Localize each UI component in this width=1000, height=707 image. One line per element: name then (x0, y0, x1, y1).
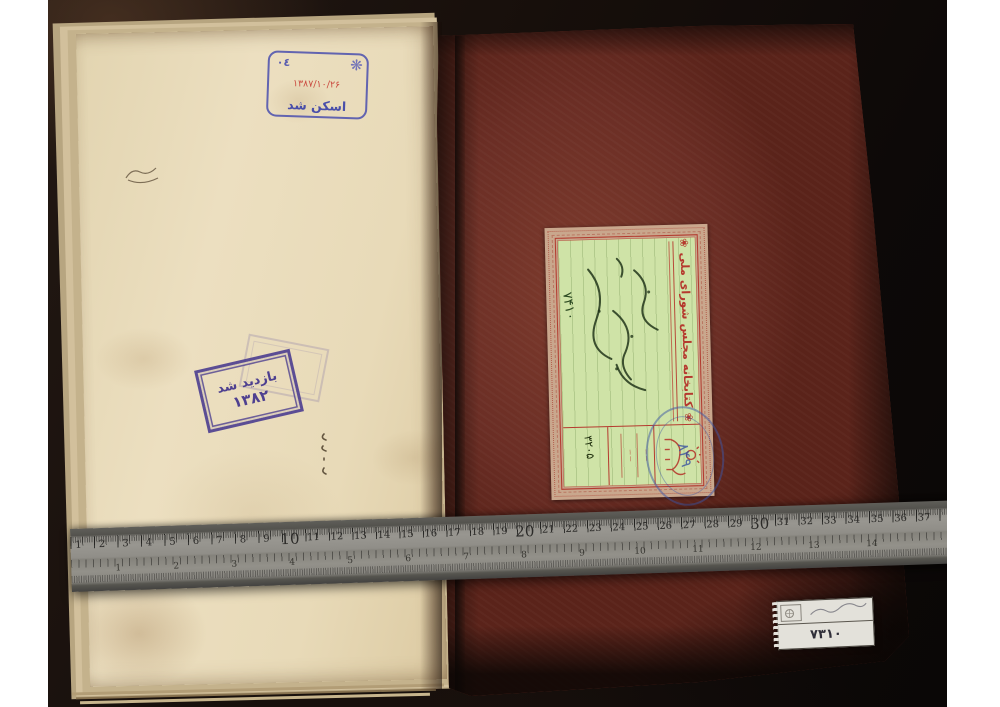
ruler-cm-number: 17 (448, 527, 461, 538)
scan-stamp: ٠٤ ❋ ۱۳۸۷/۱۰/۲۶ اسکن شد (266, 50, 369, 119)
shelf-label-emblem-icon (780, 604, 802, 622)
ruler-cm-number: 26 (659, 521, 672, 532)
ruler-cm-number: 34 (847, 514, 860, 525)
ruler-cm-number: 11 (307, 532, 320, 543)
ruler-inch-number: 10 (634, 546, 646, 556)
ruler-cm-number: 10 (280, 530, 300, 549)
ruler-cm-number: 4 (146, 537, 153, 548)
ruler-cm-number: 18 (471, 527, 484, 538)
ruler-cm-number: 24 (612, 522, 625, 533)
ruler-inch-number: 3 (231, 560, 237, 570)
ruler-cm-number: 14 (377, 530, 390, 541)
oval-library-stamp: ۸۴۹ (639, 401, 730, 511)
ruler-cm-number: 19 (495, 526, 508, 537)
registry-field-line (636, 433, 638, 477)
ruler-inch-number: 14 (866, 539, 878, 549)
scan-stamp-label: اسکن شد (268, 96, 365, 114)
ruler-inch-number: 6 (405, 554, 411, 564)
ruler-cm-number: 8 (240, 534, 247, 545)
bookplate-title-text: کتابخانه مجلس شورای ملی (678, 252, 696, 408)
ruler-cm-number: 20 (515, 522, 535, 541)
ruler-inch-number: 4 (289, 558, 295, 568)
registry-field-line (620, 434, 622, 478)
ruler-cm-number: 3 (122, 538, 129, 549)
ruler-cm-number: 32 (800, 516, 813, 527)
bookplate-title: ❀ کتابخانه مجلس شورای ملی ❀ (674, 237, 699, 423)
ruler-cm-number: 30 (750, 514, 770, 533)
ruler-cm-number: 1 (75, 540, 82, 551)
shelf-label-handwritten-script (804, 600, 871, 621)
ruler-cm-number: 15 (401, 529, 414, 540)
ruler-cm-number: 16 (424, 528, 437, 539)
ruler-cm-number: 29 (730, 518, 743, 529)
ruler-cm-number: 22 (565, 524, 578, 535)
scan-stamp-date: ۱۳۸۷/۱۰/۲۶ (269, 77, 364, 91)
ruler-cm-number: 2 (99, 539, 106, 550)
scan-stamp-corner-number: ٠٤ (277, 56, 291, 69)
ruler-cm-number: 31 (777, 517, 790, 528)
ruler-cm-number: 7 (216, 535, 223, 546)
shelf-label-number: ۷۳۱۰ (778, 621, 874, 648)
ruler-cm-number: 6 (193, 536, 200, 547)
ruler-cm-number: 27 (683, 520, 696, 531)
ruler-cm-number: 13 (354, 530, 367, 541)
ruler-inch-number: 1 (115, 563, 121, 573)
rosette-icon: ❀ (678, 238, 691, 248)
ruler-inch-number: 13 (808, 541, 820, 551)
ruler-cm-number: 25 (636, 521, 649, 532)
rosette-icon: ❋ (350, 56, 363, 74)
ruler-inch-number: 5 (347, 556, 353, 566)
shelf-label: ۷۳۱۰ (776, 597, 875, 650)
handwritten-margin-numerals (312, 428, 334, 480)
ruler-inch-number: 7 (463, 552, 469, 562)
registry-number-cell: ۳۲۰۵ (563, 427, 609, 486)
handwritten-squiggle-mark (118, 158, 170, 188)
ruler-cm-number: 35 (871, 514, 884, 525)
scan-margin (947, 0, 1000, 707)
ruler-inch-number: 9 (579, 548, 585, 558)
ruler-cm-number: 9 (263, 534, 270, 545)
ruler-inch-number: 11 (692, 545, 704, 555)
ruler-cm-number: 21 (542, 524, 555, 535)
ruler-cm-number: 5 (169, 537, 176, 548)
ruler-cm-number: 23 (589, 523, 602, 534)
ruler-inch-number: 8 (521, 550, 527, 560)
handwritten-inscription (561, 239, 676, 424)
ruler-cm-number: 36 (894, 513, 907, 524)
ruler-cm-number: 37 (918, 512, 931, 523)
ruler-cm-number: 12 (330, 531, 343, 542)
ruler-cm-number: 33 (824, 515, 837, 526)
photographed-manuscript-scene: ٠٤ ❋ ۱۳۸۷/۱۰/۲۶ اسکن شد بازدید شد ۱۳۸۲ ❀… (0, 0, 1000, 707)
ruler-inch-number: 2 (173, 561, 179, 571)
ruler-inch-number: 12 (750, 543, 762, 553)
ruler-cm-number: 28 (706, 519, 719, 530)
bookplate-registry-number: ۳۲۰۵ (582, 435, 598, 460)
registry-field-mark: ـــ ـــ (627, 426, 635, 484)
